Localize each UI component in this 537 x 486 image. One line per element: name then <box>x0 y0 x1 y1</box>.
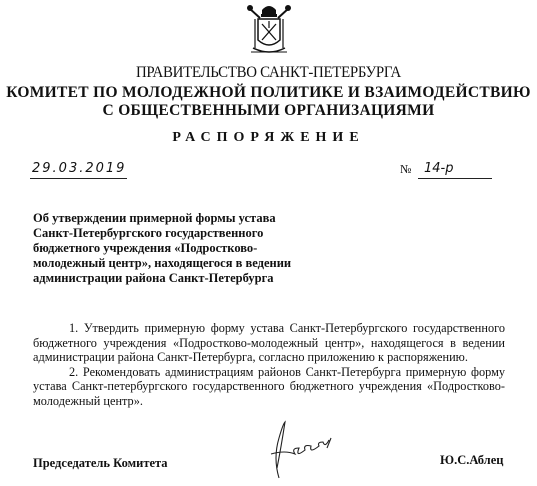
committee-line-2: С ОБЩЕСТВЕННЫМИ ОРГАНИЗАЦИЯМИ <box>0 102 537 120</box>
committee-heading: КОМИТЕТ ПО МОЛОДЕЖНОЙ ПОЛИТИКЕ И ВЗАИМОД… <box>0 84 537 120</box>
document-number: 14-р <box>418 160 492 179</box>
coat-of-arms-icon <box>246 2 292 60</box>
document-type: РАСПОРЯЖЕНИЕ <box>0 130 537 146</box>
document-date: 29.03.2019 <box>30 160 127 179</box>
signer-title: Председатель Комитета <box>33 456 168 471</box>
document-subject: Об утверждении примерной формы устава Са… <box>33 211 293 286</box>
signer-name: Ю.С.Аблец <box>440 453 503 468</box>
signature-icon <box>265 418 345 480</box>
paragraph-1: 1. Утвердить примерную форму устава Санк… <box>33 321 505 365</box>
number-label: № <box>400 162 411 177</box>
government-heading: ПРАВИТЕЛЬСТВО САНКТ-ПЕТЕРБУРГА <box>11 64 527 82</box>
document-body: 1. Утвердить примерную форму устава Санк… <box>33 321 505 408</box>
committee-line-1: КОМИТЕТ ПО МОЛОДЕЖНОЙ ПОЛИТИКЕ И ВЗАИМОД… <box>0 84 537 102</box>
paragraph-2: 2. Рекомендовать администрациям районов … <box>33 365 505 409</box>
